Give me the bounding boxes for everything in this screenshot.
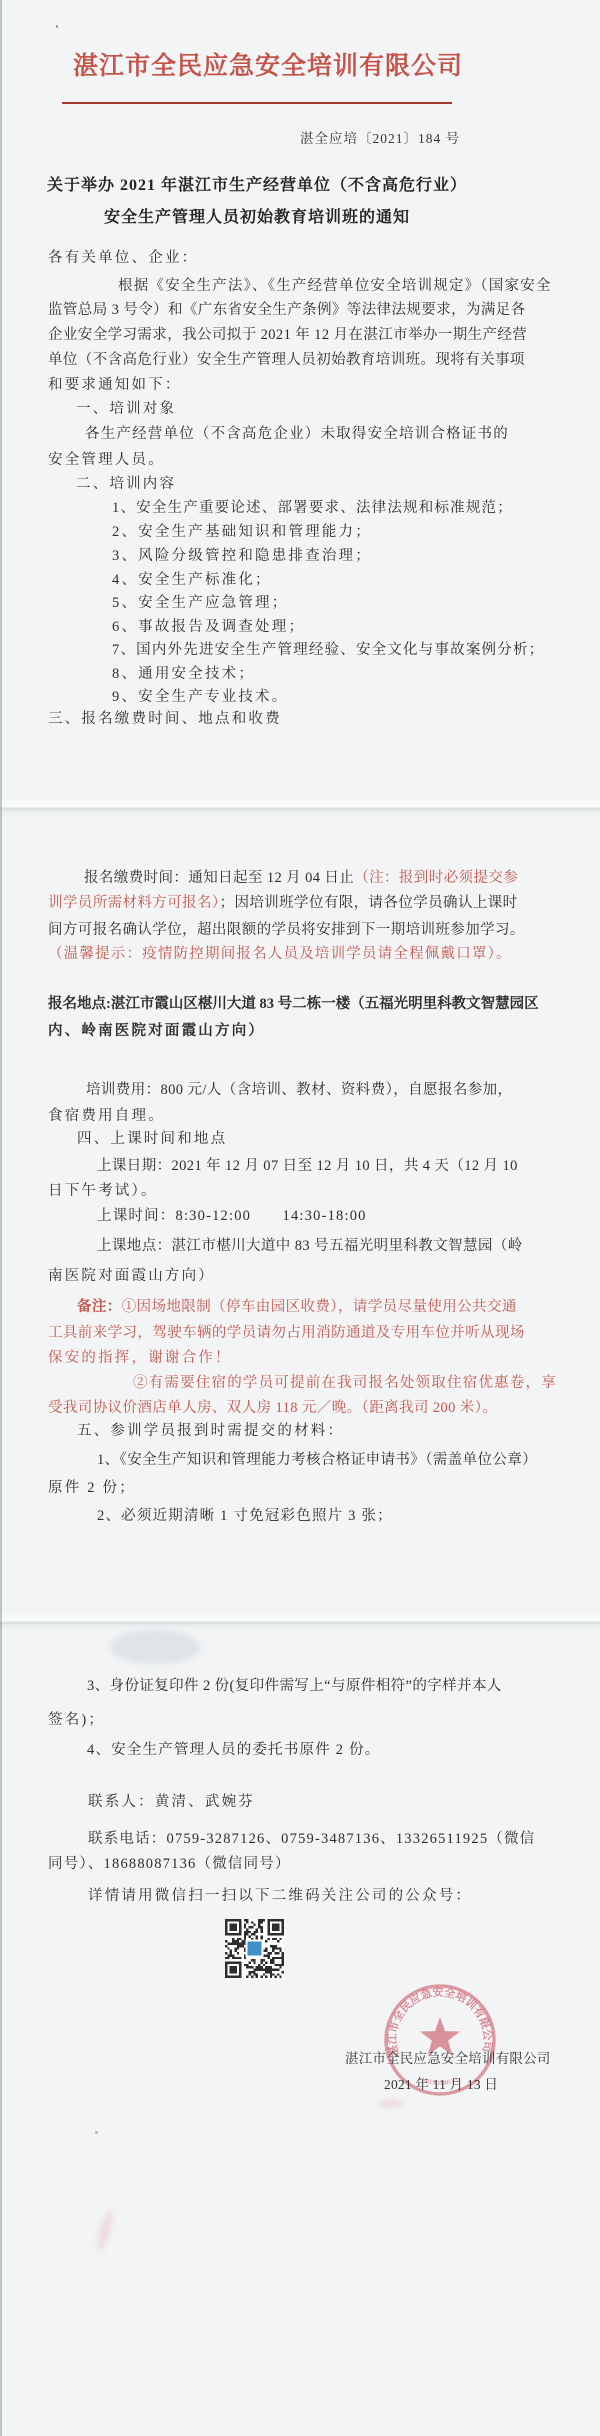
qr-tip: 详情请用微信扫一扫以下二维码关注公司的公众号：: [88, 1886, 472, 1906]
doc-number: 湛全应培〔2021〕184 号: [300, 127, 460, 147]
contact-phone-line2: 同号）、18688087136（微信同号）: [48, 1854, 291, 1874]
reg-place-line2: 内、岭南医院对面霞山方向）: [48, 1021, 265, 1041]
class-date-line1: 上课日期：2021 年 12 月 07 日至 12 月 10 日，共 4 天（1…: [97, 1156, 518, 1176]
body-line: 监管总局 3 号令）和《广东省安全生产条例》等法律法规要求，为满足各: [48, 300, 526, 320]
reg-time-line2-black: ；因培训班学位有限，请各位学员确认上课时: [220, 895, 518, 911]
note-line1: 备注：①因场地限制（停车由园区收费），请学员尽量使用公共交通: [77, 1297, 517, 1317]
scan-speck: [333, 652, 335, 654]
company-letterhead: 湛江市全民应急安全培训有限公司: [0, 46, 536, 82]
reg-time-line2-red: 训学员所需材料方可报名）: [48, 895, 220, 911]
notice-title-line1: 关于举办 2021 年湛江市生产经营单位（不含高危行业）: [0, 172, 514, 195]
class-place-line1: 上课地点：湛江市椹川大道中 83 号五福光明里科教文智慧园（岭: [97, 1236, 523, 1256]
scan-smudge: [95, 2209, 116, 2252]
body-line: 和要求通知如下：: [48, 375, 182, 395]
body-line: 各生产经营单位（不含高危企业）未取得安全培训合格证书的: [85, 424, 509, 444]
wechat-qr-code: [225, 1919, 284, 1978]
list-item: 6、事故报告及调查处理；: [112, 617, 305, 637]
note-line2: 工具前来学习，驾驶车辆的学员请勿占用消防通道及专用车位并听从现场: [48, 1323, 525, 1343]
note2-line1: ②有需要住宿的学员可提前在我司报名处领取住宿优惠卷，享: [133, 1373, 557, 1393]
page-break-1: [0, 800, 600, 816]
body-line: 单位（不含高危行业）安全生产管理人员初始教育培训班。现将有关事项: [48, 350, 525, 370]
class-date-line2: 日下午考试）。: [48, 1181, 158, 1201]
scan-smudge: [110, 1630, 200, 1664]
fee-line1: 培训费用：800 元/人（含培训、教材、资料费），自愿报名参加，: [48, 1080, 512, 1100]
scanned-notice-document: { "colors":{"header_red":"#c4544a","unde…: [0, 0, 600, 2436]
reg-time-line1-red: （注：报到时必须提交参: [354, 870, 518, 886]
list-item: 9、安全生产专业技术。: [112, 687, 288, 707]
scan-speck: [95, 2131, 98, 2134]
class-time: 上课时间：8:30-12:00 14:30-18:00: [97, 1206, 367, 1226]
covid-reminder: （温馨提示：疫情防控期间报名人员及培训学员请全程佩戴口罩）。: [48, 944, 512, 964]
list-item: 2、安全生产基础知识和管理能力；: [112, 522, 372, 542]
body-line: 企业安全学习需求，我公司拟于 2021 年 12 月在湛江市举办一期生产经营: [48, 325, 527, 345]
reg-time-line1-black: 报名缴费时间：通知日起至 12 月 04 日止: [84, 870, 354, 886]
section-3-heading: 三、报名缴费时间、地点和收费: [48, 709, 282, 729]
material-3-line2: 签名)；: [48, 1710, 105, 1730]
section-4-heading: 四、上课时间和地点: [77, 1129, 227, 1149]
list-item: 4、安全生产标准化；: [112, 570, 272, 590]
material-3-line1: 3、身份证复印件 2 份(复印件需写上“与原件相符”的字样并本人: [87, 1676, 502, 1696]
salutation: 各有关单位、企业：: [48, 248, 198, 268]
body-line: 根据《安全生产法》、《生产经营单位安全培训规定》（国家安全: [118, 276, 552, 296]
fee-line2: 食宿费用自理。: [48, 1106, 165, 1126]
material-2: 2、必须近期清晰 1 寸免冠彩色照片 3 张；: [97, 1506, 393, 1526]
reg-time-line3: 间方可报名确认学位，超出限额的学员将安排到下一期培训班参加学习。: [48, 920, 525, 940]
list-item: 8、通用安全技术；: [112, 664, 255, 684]
list-item: 7、国内外先进安全生产管理经验、安全文化与事故案例分析；: [112, 640, 544, 660]
scan-edge-line: [0, 0, 2, 2436]
body-line: 安全管理人员。: [48, 450, 165, 470]
notice-title-line2: 安全生产管理人员初始教育培训班的通知: [0, 204, 514, 227]
material-1-line2: 原件 2 份；: [48, 1478, 136, 1498]
note1-text: ①因场地限制（停车由园区收费），请学员尽量使用公共交通: [122, 1299, 517, 1315]
list-item: 3、风险分级管控和隐患排查治理；: [112, 546, 372, 566]
reg-time-line2: 训学员所需材料方可报名）；因培训班学位有限，请各位学员确认上课时: [48, 893, 518, 913]
signature-company: 湛江市全民应急安全培训有限公司: [345, 2047, 551, 2067]
page-break-2: [0, 1614, 600, 1630]
letterhead-divider: [62, 102, 452, 104]
material-4: 4、安全生产管理人员的委托书原件 2 份。: [87, 1740, 380, 1760]
contact-name: 联系人：黄清、武婉芬: [88, 1792, 255, 1812]
qr-code-pattern: [225, 1919, 284, 1978]
contact-phone-line1: 联系电话：0759-3287126、0759-3487136、133265119…: [88, 1829, 535, 1849]
scan-speck: [56, 25, 58, 28]
note-line3: 保安的指挥，谢谢合作！: [48, 1348, 232, 1368]
list-item: 5、安全生产应急管理；: [112, 593, 288, 613]
reg-place-line1: 报名地点:湛江市霞山区椹川大道 83 号二栋一楼（五福光明里科教文智慧园区: [48, 994, 539, 1014]
note2-line2: 受我司协议价酒店单人房、双人房 118 元／晚。（距离我司 200 米）。: [48, 1398, 497, 1418]
note-label: 备注：: [77, 1299, 122, 1315]
reg-time-line1: 报名缴费时间：通知日起至 12 月 04 日止（注：报到时必须提交参: [48, 868, 518, 888]
class-place-line2: 南医院对面霞山方向）: [48, 1266, 215, 1286]
section-2-heading: 二、培训内容: [76, 474, 176, 494]
section-1-heading: 一、培训对象: [76, 399, 176, 419]
signature-date: 2021 年 11 月 13 日: [384, 2073, 498, 2093]
scan-smudge: [378, 2100, 404, 2107]
section-5-heading: 五、参训学员报到时需提交的材料：: [77, 1421, 344, 1441]
material-1-line1: 1、《安全生产知识和管理能力考核合格证申请书》（需盖单位公章）: [97, 1450, 537, 1470]
list-item: 1、安全生产重要论述、部署要求、法律法规和标准规范；: [112, 498, 513, 518]
